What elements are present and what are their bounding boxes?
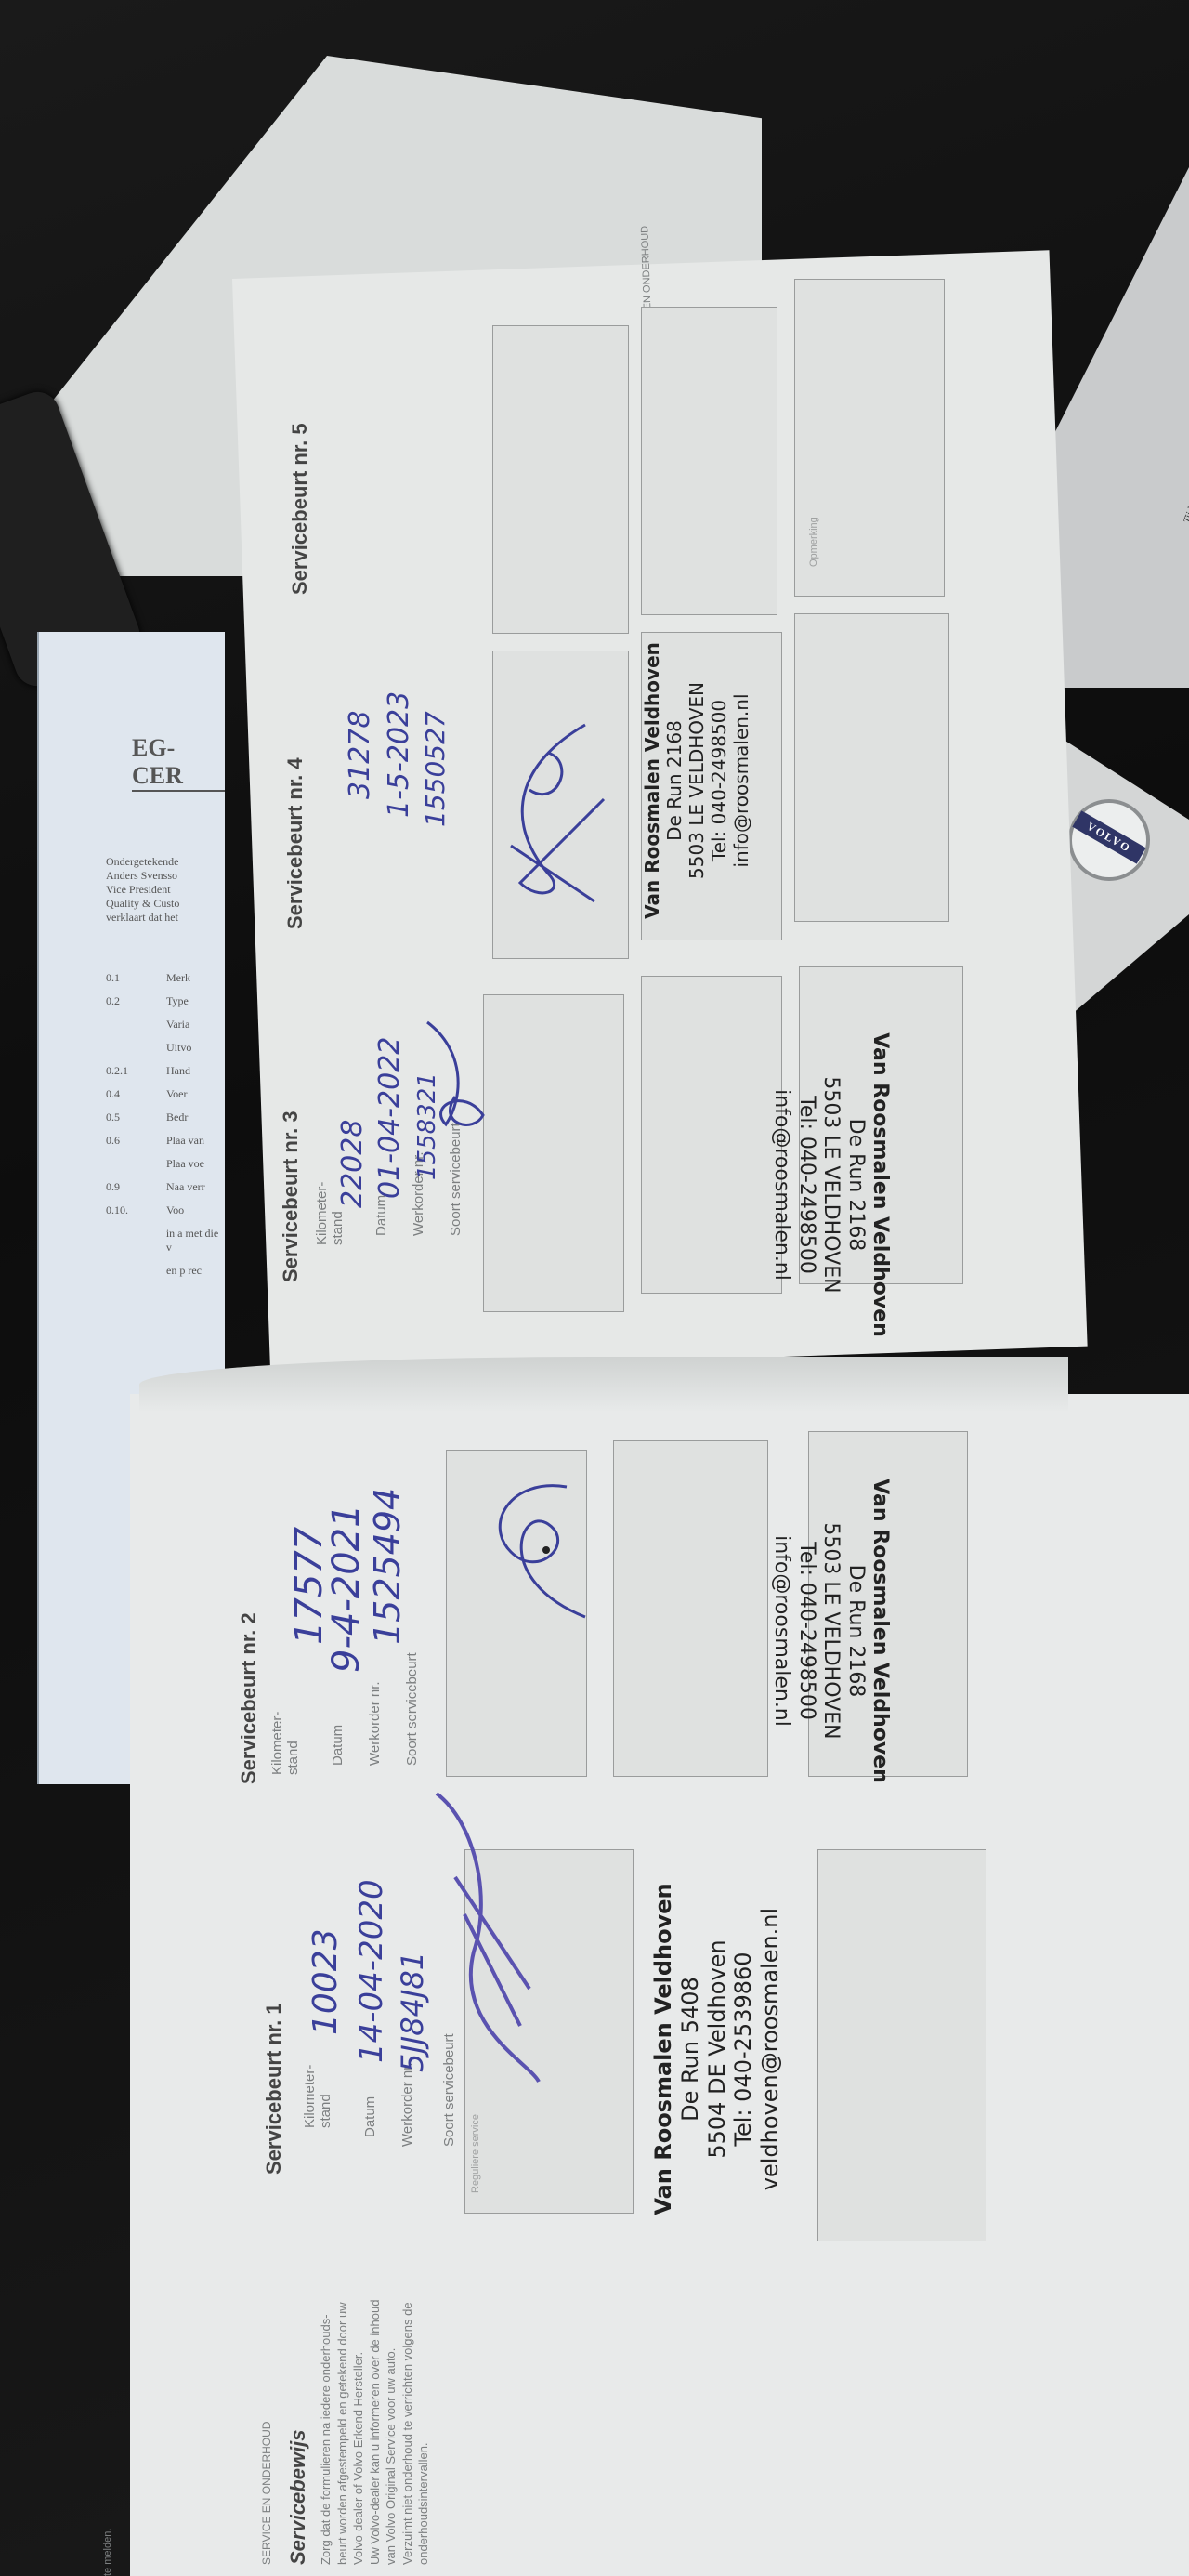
booklet-intro: SERVICE EN ONDERHOUD Servicebewijs Zorg … — [260, 2230, 432, 2565]
certificate-item-number: 0.9 — [106, 1180, 166, 1194]
certificate-title: EG-CER — [132, 734, 225, 792]
intro-line: Volvo-dealer of Volvo Erkend Hersteller. — [350, 2230, 367, 2565]
certificate-item-text: Naa verr — [166, 1180, 205, 1194]
certificate-item-text: Merk — [166, 971, 190, 985]
certificate-item-number: 0.1 — [106, 971, 166, 985]
intro-line: Verzuimt niet onderhoud te verrichten vo… — [399, 2230, 416, 2565]
stamp-city: 5503 LE VELDHOVEN — [818, 1478, 843, 1784]
stamp-city: 5503 LE VELDHOVEN — [818, 1032, 843, 1338]
service-entry-4: Servicebeurt nr. 4 — [283, 595, 307, 929]
certificate-item-text: Voo — [166, 1203, 184, 1217]
service-entry-2: Servicebeurt nr. 2 — [237, 1450, 261, 1784]
service-3-regular-box — [483, 994, 624, 1312]
certificate-item: Plaa voe — [106, 1157, 227, 1171]
certificate-item-text: Hand — [166, 1064, 190, 1078]
certificate-item: 0.2.1Hand — [106, 1064, 227, 1078]
certificate-item-number — [106, 1157, 166, 1171]
certificate-item: en p rec — [106, 1264, 227, 1278]
certificate-item-number: 0.10. — [106, 1203, 166, 1217]
intro-line: Uw Volvo-dealer kan u informeren over de… — [367, 2230, 384, 2565]
service-4-remark-box — [794, 613, 949, 922]
service-4-dealer-stamp: Van Roosmalen Veldhoven De Run 2168 5503… — [641, 641, 752, 920]
certificate-item-number: 0.2 — [106, 994, 166, 1008]
stamp-name: Van Roosmalen Veldhoven — [868, 1032, 892, 1338]
service-2-date-label: Datum — [330, 1725, 346, 1766]
stamp-street: De Run 2168 — [843, 1478, 867, 1784]
remark-label: Opmerking — [808, 517, 819, 567]
certificate-intro-line: Quality & Custo — [106, 897, 179, 911]
stamp-tel: Tel: 040-2498500 — [793, 1032, 817, 1338]
certificate-item-number: 0.6 — [106, 1134, 166, 1148]
service-4-date: 1-5-2023 — [383, 691, 415, 818]
certificate-item: in a met die v — [106, 1227, 227, 1255]
service-4-order: 1550527 — [420, 711, 451, 827]
certificate-item-number — [106, 1041, 166, 1055]
service-2-order-label: Werkorder nr. — [367, 1681, 383, 1766]
service-2-type-label: Soort servicebeurt — [404, 1652, 420, 1766]
stamp-street: De Run 2168 — [663, 641, 686, 920]
service-1-km: 10023 — [307, 1928, 345, 2035]
service-1-signature — [418, 1784, 557, 2091]
stamp-email: info@roosmalen.nl — [769, 1032, 793, 1338]
certificate-item-text: Varia — [166, 1018, 189, 1032]
certificate-intro-line: Anders Svensso — [106, 869, 179, 883]
service-entry-5: Servicebeurt nr. 5 — [288, 279, 312, 595]
intro-line: Zorg dat de formulieren na iedere onderh… — [318, 2230, 334, 2565]
service-title: Servicebeurt nr. 1 — [262, 1896, 286, 2175]
certificate-item: 0.1Merk — [106, 971, 227, 985]
intro-title: Servicebewijs — [286, 2230, 310, 2565]
service-1-order-label: Werkorder nr. — [399, 2062, 415, 2147]
certificate-item-text: in a met die v — [166, 1227, 227, 1255]
stamp-city: 5504 DE Veldhoven — [704, 1849, 731, 2249]
service-4-km: 31278 — [344, 711, 376, 799]
service-3-extra-box — [641, 976, 782, 1294]
certificate-intro-line: Ondergetekende — [106, 855, 179, 869]
certificate-intro-line: verklaart dat het — [106, 911, 179, 925]
certificate-item-text: en p rec — [166, 1264, 202, 1278]
certificate-item-number: 0.2.1 — [106, 1064, 166, 1078]
registration-line: Tijdst — [1180, 454, 1189, 526]
certificate-item-number: 0.5 — [106, 1111, 166, 1124]
service-1-date-label: Datum — [362, 2096, 378, 2137]
service-2-date: 9-4-2021 — [325, 1504, 368, 1673]
service-2-km-label: Kilometer- stand — [269, 1712, 301, 1775]
service-title: Servicebeurt nr. 2 — [237, 1450, 261, 1784]
service-3-dealer-stamp: Van Roosmalen Veldhoven De Run 2168 5503… — [769, 1032, 892, 1338]
stamp-tel: Tel: 040-2539860 — [730, 1849, 757, 2249]
service-4-signature — [483, 706, 622, 920]
stamp-tel: Tel: 040-2498500 — [708, 641, 730, 920]
booklet-header-lower: SERVICE EN ONDERHOUD — [260, 2230, 273, 2565]
certificate-item: 0.9Naa verr — [106, 1180, 227, 1194]
certificate-item-text: Plaa voe — [166, 1157, 204, 1171]
stamp-tel: Tel: 040-2498500 — [793, 1478, 817, 1784]
intro-line: beurt worden afgestempeld en getekend do… — [334, 2230, 351, 2565]
stamp-name: Van Roosmalen Veldhoven — [641, 641, 663, 920]
stamp-email: info@roosmalen.nl — [769, 1478, 793, 1784]
certificate-intro-line: Vice President — [106, 883, 179, 897]
certificate-item: 0.2Type — [106, 994, 227, 1008]
service-2-extra-box — [613, 1440, 768, 1777]
footer-fragment: te melden. — [102, 2529, 113, 2576]
stamp-city: 5503 LE VELDHOVEN — [686, 641, 708, 920]
service-2-order: 1525494 — [367, 1488, 408, 1645]
service-entry-3: Servicebeurt nr. 3 — [279, 948, 303, 1282]
service-3-date: 01-04-2022 — [373, 1037, 406, 1199]
certificate-item: Varia — [106, 1018, 227, 1032]
volvo-logo-bar: VOLVO — [1072, 810, 1145, 863]
service-3-signature — [409, 1013, 492, 1143]
certificate-item: 0.4Voer — [106, 1087, 227, 1101]
service-1-dealer-stamp: Van Roosmalen Veldhoven De Run 5408 5504… — [650, 1849, 784, 2249]
certificate-item-number — [106, 1018, 166, 1032]
service-1-date: 14-04-2020 — [353, 1879, 390, 2063]
certificate-item-text: Type — [166, 994, 189, 1008]
service-5-extra-box — [641, 307, 777, 615]
service-2-signature — [474, 1468, 594, 1626]
certificate-item-text: Plaa van — [166, 1134, 204, 1148]
certificate-item: 0.10.Voo — [106, 1203, 227, 1217]
service-3-km: 22028 — [336, 1120, 369, 1208]
booklet-page-curl — [139, 1357, 1068, 1413]
certificate-item: 0.6Plaa van — [106, 1134, 227, 1148]
certificate-item-number — [106, 1227, 166, 1255]
certificate-item-text: Voer — [166, 1087, 187, 1101]
certificate-item: Uitvo — [106, 1041, 227, 1055]
regular-service-label: Reguliere service — [470, 2114, 481, 2193]
certificate-item-number — [106, 1264, 166, 1278]
stamp-email: veldhoven@roosmalen.nl — [757, 1849, 784, 2249]
certificate-item-text: Bedr — [166, 1111, 188, 1124]
intro-line: van Volvo Original Service voor uw auto. — [383, 2230, 399, 2565]
service-1-km-label: Kilometer- stand — [302, 2065, 333, 2128]
service-title: Servicebeurt nr. 4 — [283, 595, 307, 929]
service-5-regular-box — [492, 325, 629, 634]
service-3-date-label: Datum — [373, 1195, 389, 1236]
certificate-item-number: 0.4 — [106, 1087, 166, 1101]
stamp-name: Van Roosmalen Veldhoven — [868, 1478, 892, 1784]
certificate-item: 0.5Bedr — [106, 1111, 227, 1124]
service-entry-1: Servicebeurt nr. 1 — [262, 1896, 286, 2175]
intro-line: onderhoudsintervallen. — [415, 2230, 432, 2565]
certificate-items: 0.1Merk0.2TypeVariaUitvo0.2.1Hand0.4Voer… — [106, 971, 227, 1287]
stamp-email: info@roosmalen.nl — [730, 641, 752, 920]
service-title: Servicebeurt nr. 3 — [279, 948, 303, 1282]
stamp-street: De Run 5408 — [677, 1849, 704, 2249]
service-2-dealer-stamp: Van Roosmalen Veldhoven De Run 2168 5503… — [769, 1478, 892, 1784]
volvo-logo: VOLVO — [1068, 799, 1150, 881]
stamp-name: Van Roosmalen Veldhoven — [650, 1849, 677, 2249]
stamp-street: De Run 2168 — [843, 1032, 867, 1338]
certificate-item-text: Uitvo — [166, 1041, 191, 1055]
service-title: Servicebeurt nr. 5 — [288, 279, 312, 595]
service-1-remark-box — [817, 1849, 986, 2241]
